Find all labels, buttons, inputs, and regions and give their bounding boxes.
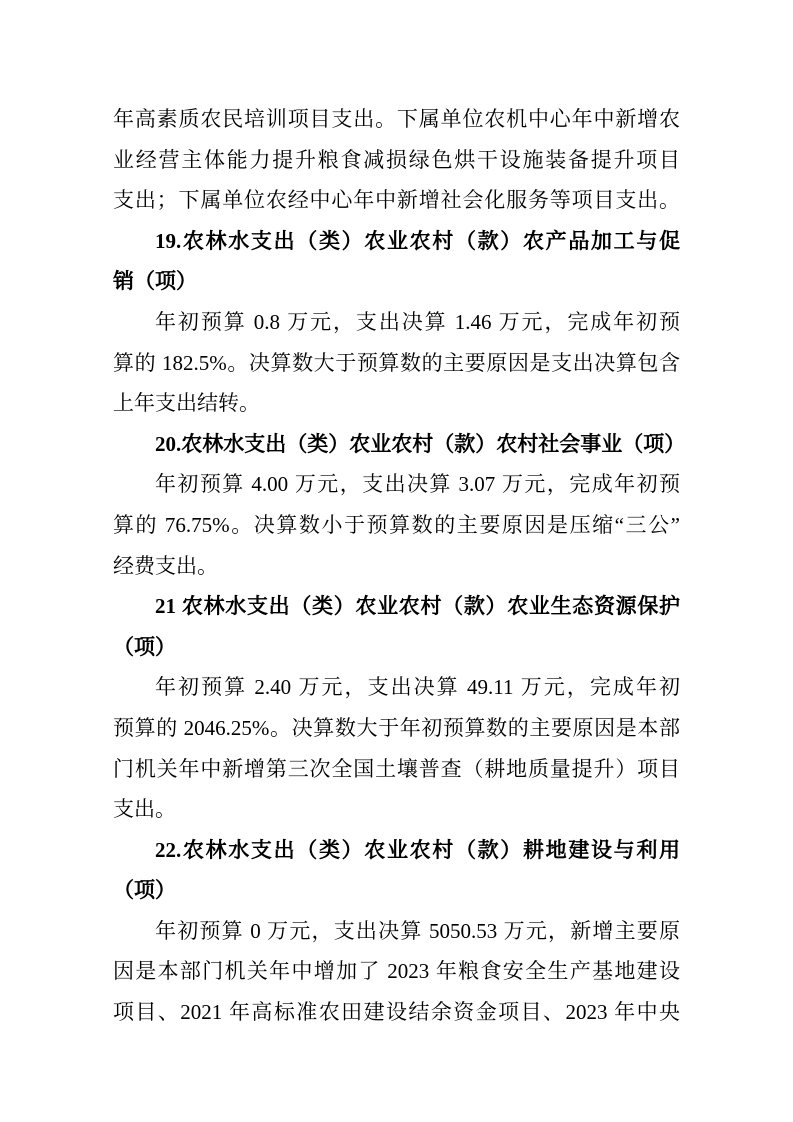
paragraph-line: 项目、2021 年高标准农田建设结余资金项目、2023 年中央	[113, 992, 680, 1033]
paragraph-line: 年高素质农民培训项目支出。下属单位农机中心年中新增农	[113, 99, 680, 140]
heading-22-cont: （项）	[113, 870, 680, 911]
paragraph-line: 算的 182.5%。决算数大于预算数的主要原因是支出决算包含	[113, 343, 680, 384]
paragraph-line: 经费支出。	[113, 546, 680, 587]
paragraph-line: 年初预算 0.8 万元，支出决算 1.46 万元，完成年初预	[113, 302, 680, 343]
paragraph-line: 预算的 2046.25%。决算数大于年初预算数的主要原因是本部	[113, 708, 680, 749]
paragraph-line: 上年支出结转。	[113, 383, 680, 424]
paragraph-line: 支出。	[113, 789, 680, 830]
paragraph-line: 业经营主体能力提升粮食减损绿色烘干设施装备提升项目	[113, 140, 680, 181]
heading-19-cont: 销（项）	[113, 261, 680, 302]
heading-21: 21 农林水支出（类）农业农村（款）农业生态资源保护	[113, 586, 680, 627]
heading-22: 22.农林水支出（类）农业农村（款）耕地建设与利用	[113, 830, 680, 871]
paragraph-line: 算的 76.75%。决算数小于预算数的主要原因是压缩“三公”	[113, 505, 680, 546]
heading-20: 20.农林水支出（类）农业农村（款）农村社会事业（项）	[113, 424, 680, 465]
paragraph-line: 年初预算 0 万元，支出决算 5050.53 万元，新增主要原	[113, 911, 680, 952]
paragraph-line: 支出；下属单位农经中心年中新增社会化服务等项目支出。	[113, 180, 680, 221]
paragraph-line: 门机关年中新增第三次全国土壤普查（耕地质量提升）项目	[113, 749, 680, 790]
document-page: 年高素质农民培训项目支出。下属单位农机中心年中新增农 业经营主体能力提升粮食减损…	[0, 0, 793, 1122]
paragraph-line: 因是本部门机关年中增加了 2023 年粮食安全生产基地建设	[113, 951, 680, 992]
document-text-block: 年高素质农民培训项目支出。下属单位农机中心年中新增农 业经营主体能力提升粮食减损…	[113, 99, 680, 1033]
paragraph-line: 年初预算 2.40 万元，支出决算 49.11 万元，完成年初	[113, 667, 680, 708]
heading-19: 19.农林水支出（类）农业农村（款）农产品加工与促	[113, 221, 680, 262]
paragraph-line: 年初预算 4.00 万元，支出决算 3.07 万元，完成年初预	[113, 464, 680, 505]
heading-21-cont: （项）	[113, 627, 680, 668]
